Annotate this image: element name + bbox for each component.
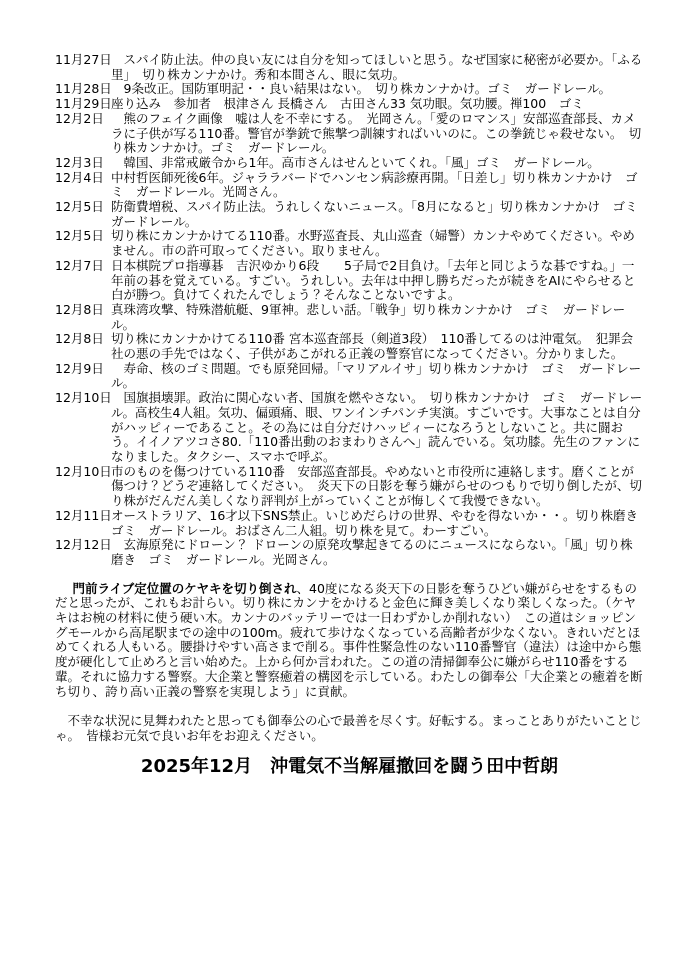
entry-text: 韓国、非常戒厳令から1年。高市さんはせんといてくれ。「風」ゴミ ガードレール。 bbox=[111, 156, 644, 171]
entry-date: 12月12日 bbox=[55, 538, 111, 553]
diary-entry: 12月10日 国旗損壊罪。政治に関心ない者、国旗を燃やさない。 切り株カンナかけ… bbox=[55, 391, 644, 465]
entry-text: 国旗損壊罪。政治に関心ない者、国旗を燃やさない。 切り株カンナかけ ゴミ ガード… bbox=[111, 391, 644, 465]
entry-date: 11月27日 bbox=[55, 53, 111, 68]
entry-date: 11月29日 bbox=[55, 97, 111, 112]
entry-date: 12月7日 bbox=[55, 259, 111, 274]
entry-text: 座り込み 参加者 根津さん 長橋さん 古田さん33 気功眼。気功腰。禅100 ゴ… bbox=[111, 97, 644, 112]
diary-entry: 11月27日 スパイ防止法。仲の良い友には自分を知ってほしいと思う。なぜ国家に秘… bbox=[55, 53, 644, 82]
diary-entry: 12月10日市のものを傷つけている110番 安部巡査部長。やめないと市役所に連絡… bbox=[55, 465, 644, 509]
entry-date: 12月5日 bbox=[55, 200, 111, 215]
entry-date: 12月9日 bbox=[55, 362, 111, 377]
entry-text: オーストラリア、16才以下SNS禁止。いじめだらけの世界、やむを得ないか・・。切… bbox=[111, 509, 644, 538]
entry-text: 市のものを傷つけている110番 安部巡査部長。やめないと市役所に連絡します。磨く… bbox=[111, 465, 644, 509]
closing-paragraph: 不幸な状況に見舞われたと思っても御奉公の心で最善を尽くす。好転する。まっことあり… bbox=[55, 714, 644, 743]
entry-text: 防衛費増税、スパイ防止法。うれしくないニュース。「8月になると」切り株カンナかけ… bbox=[111, 200, 644, 229]
diary-entry: 12月2日 熊のフェイク画像 嘘は人を不幸にする。 光岡さん。「愛のロマンス」安… bbox=[55, 112, 644, 156]
diary-entry: 12月5日切り株にカンナかけてる110番。水野巡査長、丸山巡査（婦警）カンナやめ… bbox=[55, 229, 644, 258]
entry-text: 中村哲医師死後6年。ジャララバードでハンセン病診療再開。「日差し」切り株カンナか… bbox=[111, 171, 644, 200]
diary-entry: 11月29日座り込み 参加者 根津さん 長橋さん 古田さん33 気功眼。気功腰。… bbox=[55, 97, 644, 112]
diary-entry: 11月28日 9条改正。国防軍明記・・良い結果はない。 切り株カンナかけ。ゴミ … bbox=[55, 82, 644, 97]
keyaki-paragraph-bold-lead: 門前ライブ定位置のケヤキを切り倒され bbox=[73, 581, 297, 596]
entry-date: 12月3日 bbox=[55, 156, 111, 171]
diary-entry: 12月4日中村哲医師死後6年。ジャララバードでハンセン病診療再開。「日差し」切り… bbox=[55, 171, 644, 200]
entry-text: 寿命、核のゴミ問題。でも原発回帰。「マリアルイサ」切り株カンナかけ ゴミ ガード… bbox=[111, 362, 644, 391]
document-page: 11月27日 スパイ防止法。仲の良い友には自分を知ってほしいと思う。なぜ国家に秘… bbox=[0, 0, 688, 971]
signature-title: 2025年12月 沖電気不当解雇撤回を闘う田中哲朗 bbox=[55, 756, 644, 778]
diary-entry: 12月8日真珠湾攻撃、特殊潜航艇、9軍神。悲しい話。「戦争」切り株カンナかけ ゴ… bbox=[55, 303, 644, 332]
keyaki-paragraph-body: 、40度になる炎天下の日影を奪うひどい嫌がらせをするものだと思ったが、これもお計… bbox=[55, 581, 643, 699]
entry-date: 12月8日 bbox=[55, 332, 111, 347]
entry-date: 12月10日 bbox=[55, 391, 111, 406]
entry-date: 12月10日 bbox=[55, 465, 111, 480]
entry-text: 切り株にカンナかけてる110番 宮本巡査部長（剣道3段） 110番してるのは沖電… bbox=[111, 332, 644, 361]
diary-entry: 12月9日 寿命、核のゴミ問題。でも原発回帰。「マリアルイサ」切り株カンナかけ … bbox=[55, 362, 644, 391]
entry-date: 12月2日 bbox=[55, 112, 111, 127]
diary-entry: 12月7日日本棋院プロ指導碁 吉沢ゆかり6段 5子局で2目負け。「去年と同じよう… bbox=[55, 259, 644, 303]
entry-date: 12月4日 bbox=[55, 171, 111, 186]
entry-text: 真珠湾攻撃、特殊潜航艇、9軍神。悲しい話。「戦争」切り株カンナかけ ゴミ ガード… bbox=[111, 303, 644, 332]
keyaki-paragraph: 門前ライブ定位置のケヤキを切り倒され、40度になる炎天下の日影を奪うひどい嫌がら… bbox=[55, 582, 644, 700]
entry-date: 12月5日 bbox=[55, 229, 111, 244]
diary-entry: 12月11日オーストラリア、16才以下SNS禁止。いじめだらけの世界、やむを得な… bbox=[55, 509, 644, 538]
entry-date: 12月8日 bbox=[55, 303, 111, 318]
entry-text: 9条改正。国防軍明記・・良い結果はない。 切り株カンナかけ。ゴミ ガードレール。 bbox=[111, 82, 644, 97]
entry-text: 日本棋院プロ指導碁 吉沢ゆかり6段 5子局で2目負け。「去年と同じような碁ですね… bbox=[111, 259, 644, 303]
entry-date: 11月28日 bbox=[55, 82, 111, 97]
diary-entry: 12月12日 玄海原発にドローン？ ドローンの原発攻撃起きてるのにニュースになら… bbox=[55, 538, 644, 567]
diary-entry: 12月3日 韓国、非常戒厳令から1年。高市さんはせんといてくれ。「風」ゴミ ガー… bbox=[55, 156, 644, 171]
entry-date: 12月11日 bbox=[55, 509, 111, 524]
entry-text: 切り株にカンナかけてる110番。水野巡査長、丸山巡査（婦警）カンナやめてください… bbox=[111, 229, 644, 258]
diary-entry-list: 11月27日 スパイ防止法。仲の良い友には自分を知ってほしいと思う。なぜ国家に秘… bbox=[55, 53, 644, 568]
diary-entry: 12月8日切り株にカンナかけてる110番 宮本巡査部長（剣道3段） 110番して… bbox=[55, 332, 644, 361]
entry-text: 玄海原発にドローン？ ドローンの原発攻撃起きてるのにニュースにならない。「風」切… bbox=[111, 538, 644, 567]
entry-text: スパイ防止法。仲の良い友には自分を知ってほしいと思う。なぜ国家に秘密が必要か。「… bbox=[111, 53, 644, 82]
entry-text: 熊のフェイク画像 嘘は人を不幸にする。 光岡さん。「愛のロマンス」安部巡査部長、… bbox=[111, 112, 644, 156]
diary-entry: 12月5日防衛費増税、スパイ防止法。うれしくないニュース。「8月になると」切り株… bbox=[55, 200, 644, 229]
